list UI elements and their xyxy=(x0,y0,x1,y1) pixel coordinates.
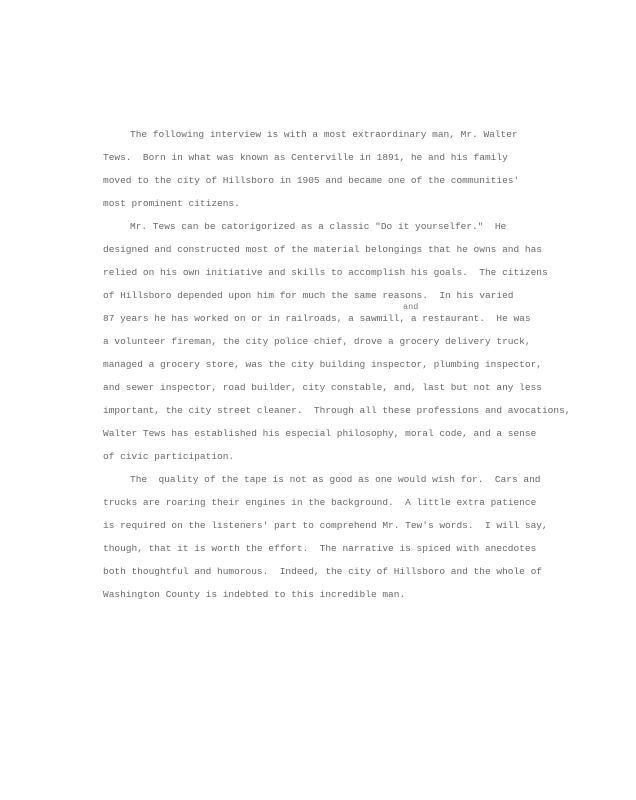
text-line: though, that it is worth the effort. The… xyxy=(103,543,536,555)
text-line: designed and constructed most of the mat… xyxy=(103,244,542,256)
document-page: The following interview is with a most e… xyxy=(0,0,636,800)
text-line: The quality of the tape is not as good a… xyxy=(130,474,540,486)
text-line: most prominent citizens. xyxy=(103,198,240,210)
text-line: of Hillsboro depended upon him for much … xyxy=(103,290,513,302)
text-line: is required on the listeners' part to co… xyxy=(103,520,548,532)
text-line: 87 years he has worked on or in railroad… xyxy=(103,313,531,325)
text-line: Mr. Tews can be catorigorized as a class… xyxy=(130,221,506,233)
text-line: trucks are roaring their engines in the … xyxy=(103,497,536,509)
text-line: both thoughtful and humorous. Indeed, th… xyxy=(103,566,542,578)
text-line: a volunteer fireman, the city police chi… xyxy=(103,336,531,348)
text-line: The following interview is with a most e… xyxy=(130,129,518,141)
text-line: Tews. Born in what was known as Centervi… xyxy=(103,152,508,164)
text-line: moved to the city of Hillsboro in 1905 a… xyxy=(103,175,519,187)
text-line: and sewer inspector, road builder, city … xyxy=(103,382,542,394)
handwritten-insertion: and xyxy=(403,302,418,312)
text-line: relied on his own initiative and skills … xyxy=(103,267,548,279)
text-line: of civic participation. xyxy=(103,451,234,463)
text-line: important, the city street cleaner. Thro… xyxy=(103,405,570,417)
text-line: Walter Tews has established his especial… xyxy=(103,428,536,440)
text-line: managed a grocery store, was the city bu… xyxy=(103,359,542,371)
text-line: Washington County is indebted to this in… xyxy=(103,589,405,601)
